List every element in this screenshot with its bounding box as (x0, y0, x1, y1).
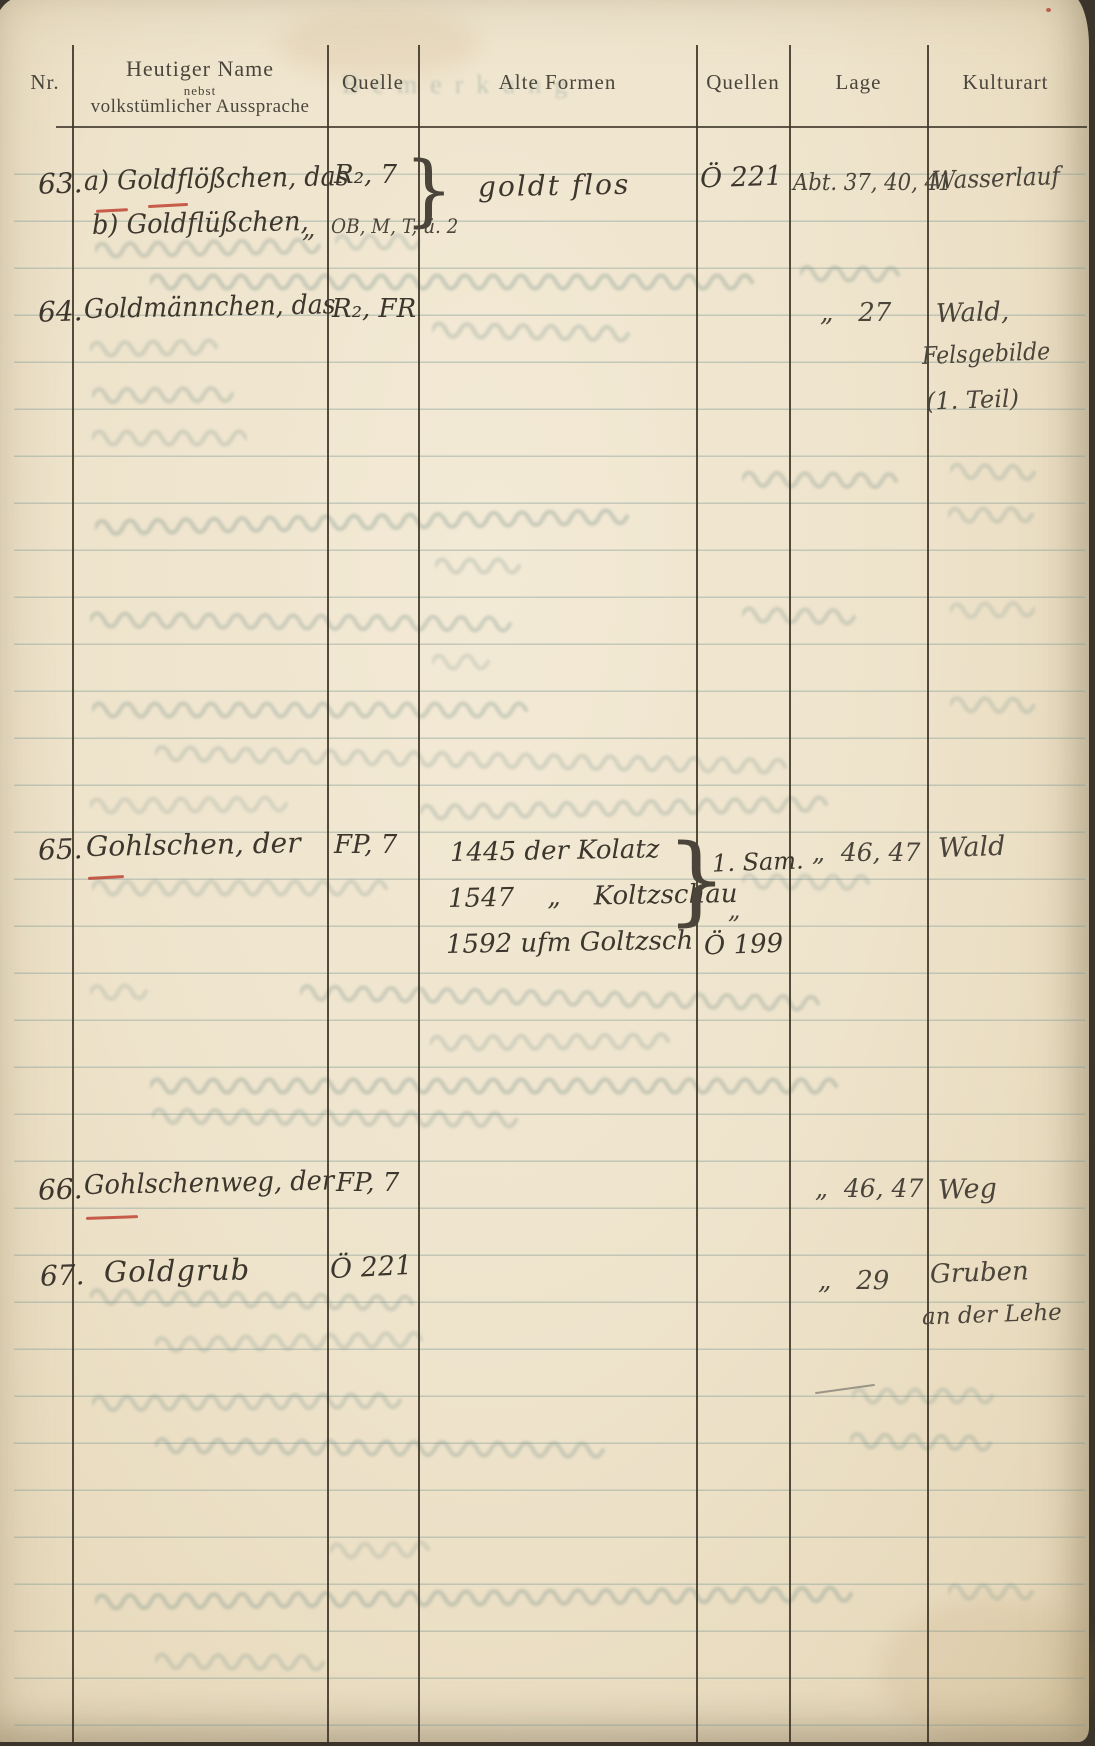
entry-65-quelle: FP, 7 (334, 832, 397, 858)
bleedthrough-stroke (435, 556, 525, 576)
bleedthrough-stroke (432, 652, 492, 673)
entry-67-nr: 67. (40, 1261, 85, 1291)
bleedthrough-stroke (92, 700, 532, 720)
entry-65-quellen-line2: „ (728, 898, 740, 922)
bleedthrough-stroke (92, 878, 392, 898)
entry-65-quellen-line1: 1. Sam. (712, 848, 804, 875)
entry-65-brace: } (666, 832, 727, 928)
entry-64-quelle: R₂, FR (332, 296, 416, 322)
bleedthrough-stroke (155, 1651, 335, 1673)
entry-63-brace: } (404, 152, 454, 230)
bleedthrough-stroke (150, 1076, 850, 1096)
bleedthrough-stroke (950, 461, 1045, 483)
entry-66-lage: „ 46, 47 (815, 1176, 923, 1201)
entry-63-quellen: Ö 221 (700, 163, 783, 193)
bleedthrough-stroke (850, 1430, 1000, 1453)
entry-64-name: Goldmännchen, das (84, 291, 336, 323)
header-separator-line (56, 126, 1087, 128)
entry-67-quelle: Ö 221 (329, 1252, 413, 1283)
entry-65-alte-formen-line1: 1445 der Kolatz (450, 836, 660, 866)
bleedthrough-stroke (948, 1582, 1038, 1602)
bleedthrough-stroke (800, 263, 905, 284)
bleedthrough-stroke (92, 428, 247, 448)
bleedthrough-stroke (92, 1390, 412, 1413)
entry-64-lage: „ 27 (820, 300, 891, 326)
entry-67-kulturart-line1: Gruben (930, 1258, 1030, 1287)
entry-63-name-b: b) Goldflüßchen, (92, 208, 309, 239)
bleedthrough-stroke (432, 320, 637, 344)
bleedthrough-stroke (90, 981, 160, 1002)
entry-65-name: Gohlschen, der (86, 829, 301, 861)
bleedthrough-stroke (948, 505, 1038, 526)
bleedthrough-stroke (950, 599, 1035, 621)
entry-65-nr: 65. (38, 835, 83, 865)
entry-65-lage: „ 46, 47 (812, 840, 920, 865)
header-col-name-main: Heutiger Name (75, 56, 325, 82)
red-speck (1046, 8, 1051, 12)
header-col-kulturart: Kulturart (928, 70, 1083, 95)
entry-66-name: Gohlschenweg, der (84, 1167, 335, 1199)
entry-63-alte-formen: goldt flos (478, 171, 631, 202)
bleedthrough-stroke (90, 794, 290, 816)
bleedthrough-stroke (430, 1031, 680, 1054)
entry-63-nr: 63. (38, 169, 83, 199)
entry-64-kulturart-line1: Wald, (936, 299, 1010, 328)
header-col-name-sub2: volkstümlicher Aussprache (70, 96, 330, 118)
entry-63-name-b-ditto: „ (302, 216, 315, 242)
entry-63-lage: Abt. 37, 40, 41 (793, 172, 951, 195)
bleedthrough-stroke (950, 695, 1035, 716)
scanned-document-page: Bemerkung (0, 0, 1095, 1746)
header-col-nr: Nr. (20, 70, 70, 95)
bleedthrough-stroke (152, 1106, 522, 1130)
bleedthrough-stroke (90, 337, 230, 360)
bleedthrough-stroke (92, 384, 242, 406)
entry-64-kulturart-line3: (1. Teil) (926, 386, 1020, 413)
entry-64-nr: 64. (38, 297, 83, 327)
header-col-quellen: Quellen (697, 70, 789, 95)
bleedthrough-stroke (150, 272, 760, 292)
entry-65-kulturart: Wald (938, 833, 1006, 862)
entry-63-quelle-a: R₂, 7 (334, 162, 397, 188)
header-col-alte-formen: Alte Formen (419, 70, 696, 95)
entry-67-lage: „ 29 (818, 1268, 889, 1294)
column-rule-5 (789, 45, 791, 1746)
entry-63-kulturart: Wasserlauf (932, 163, 1061, 193)
entry-65-alte-formen-line3: 1592 ufm Goltzsch (446, 928, 694, 958)
entry-65-quellen-line3: Ö 199 (704, 931, 784, 960)
entry-64-kulturart-line2: Felsgebilde (922, 339, 1051, 368)
entry-67-kulturart-line2: an der Lehe (922, 1302, 1063, 1330)
bleedthrough-stroke (330, 1539, 440, 1561)
entry-66-quelle: FP, 7 (336, 1170, 399, 1196)
entry-66-nr: 66. (38, 1175, 83, 1205)
bleedthrough-stroke (742, 469, 902, 491)
bleedthrough-stroke (742, 605, 862, 628)
entry-67-name: Goldgrub (104, 1255, 251, 1287)
header-col-lage: Lage (790, 70, 927, 95)
header-col-quelle: Quelle (328, 70, 418, 95)
entry-66-kulturart: Weg (938, 1175, 998, 1204)
column-rule-6 (927, 45, 929, 1746)
entry-63-name-a: a) Goldflößchen, das (84, 163, 349, 195)
column-rule-3 (418, 45, 420, 1746)
